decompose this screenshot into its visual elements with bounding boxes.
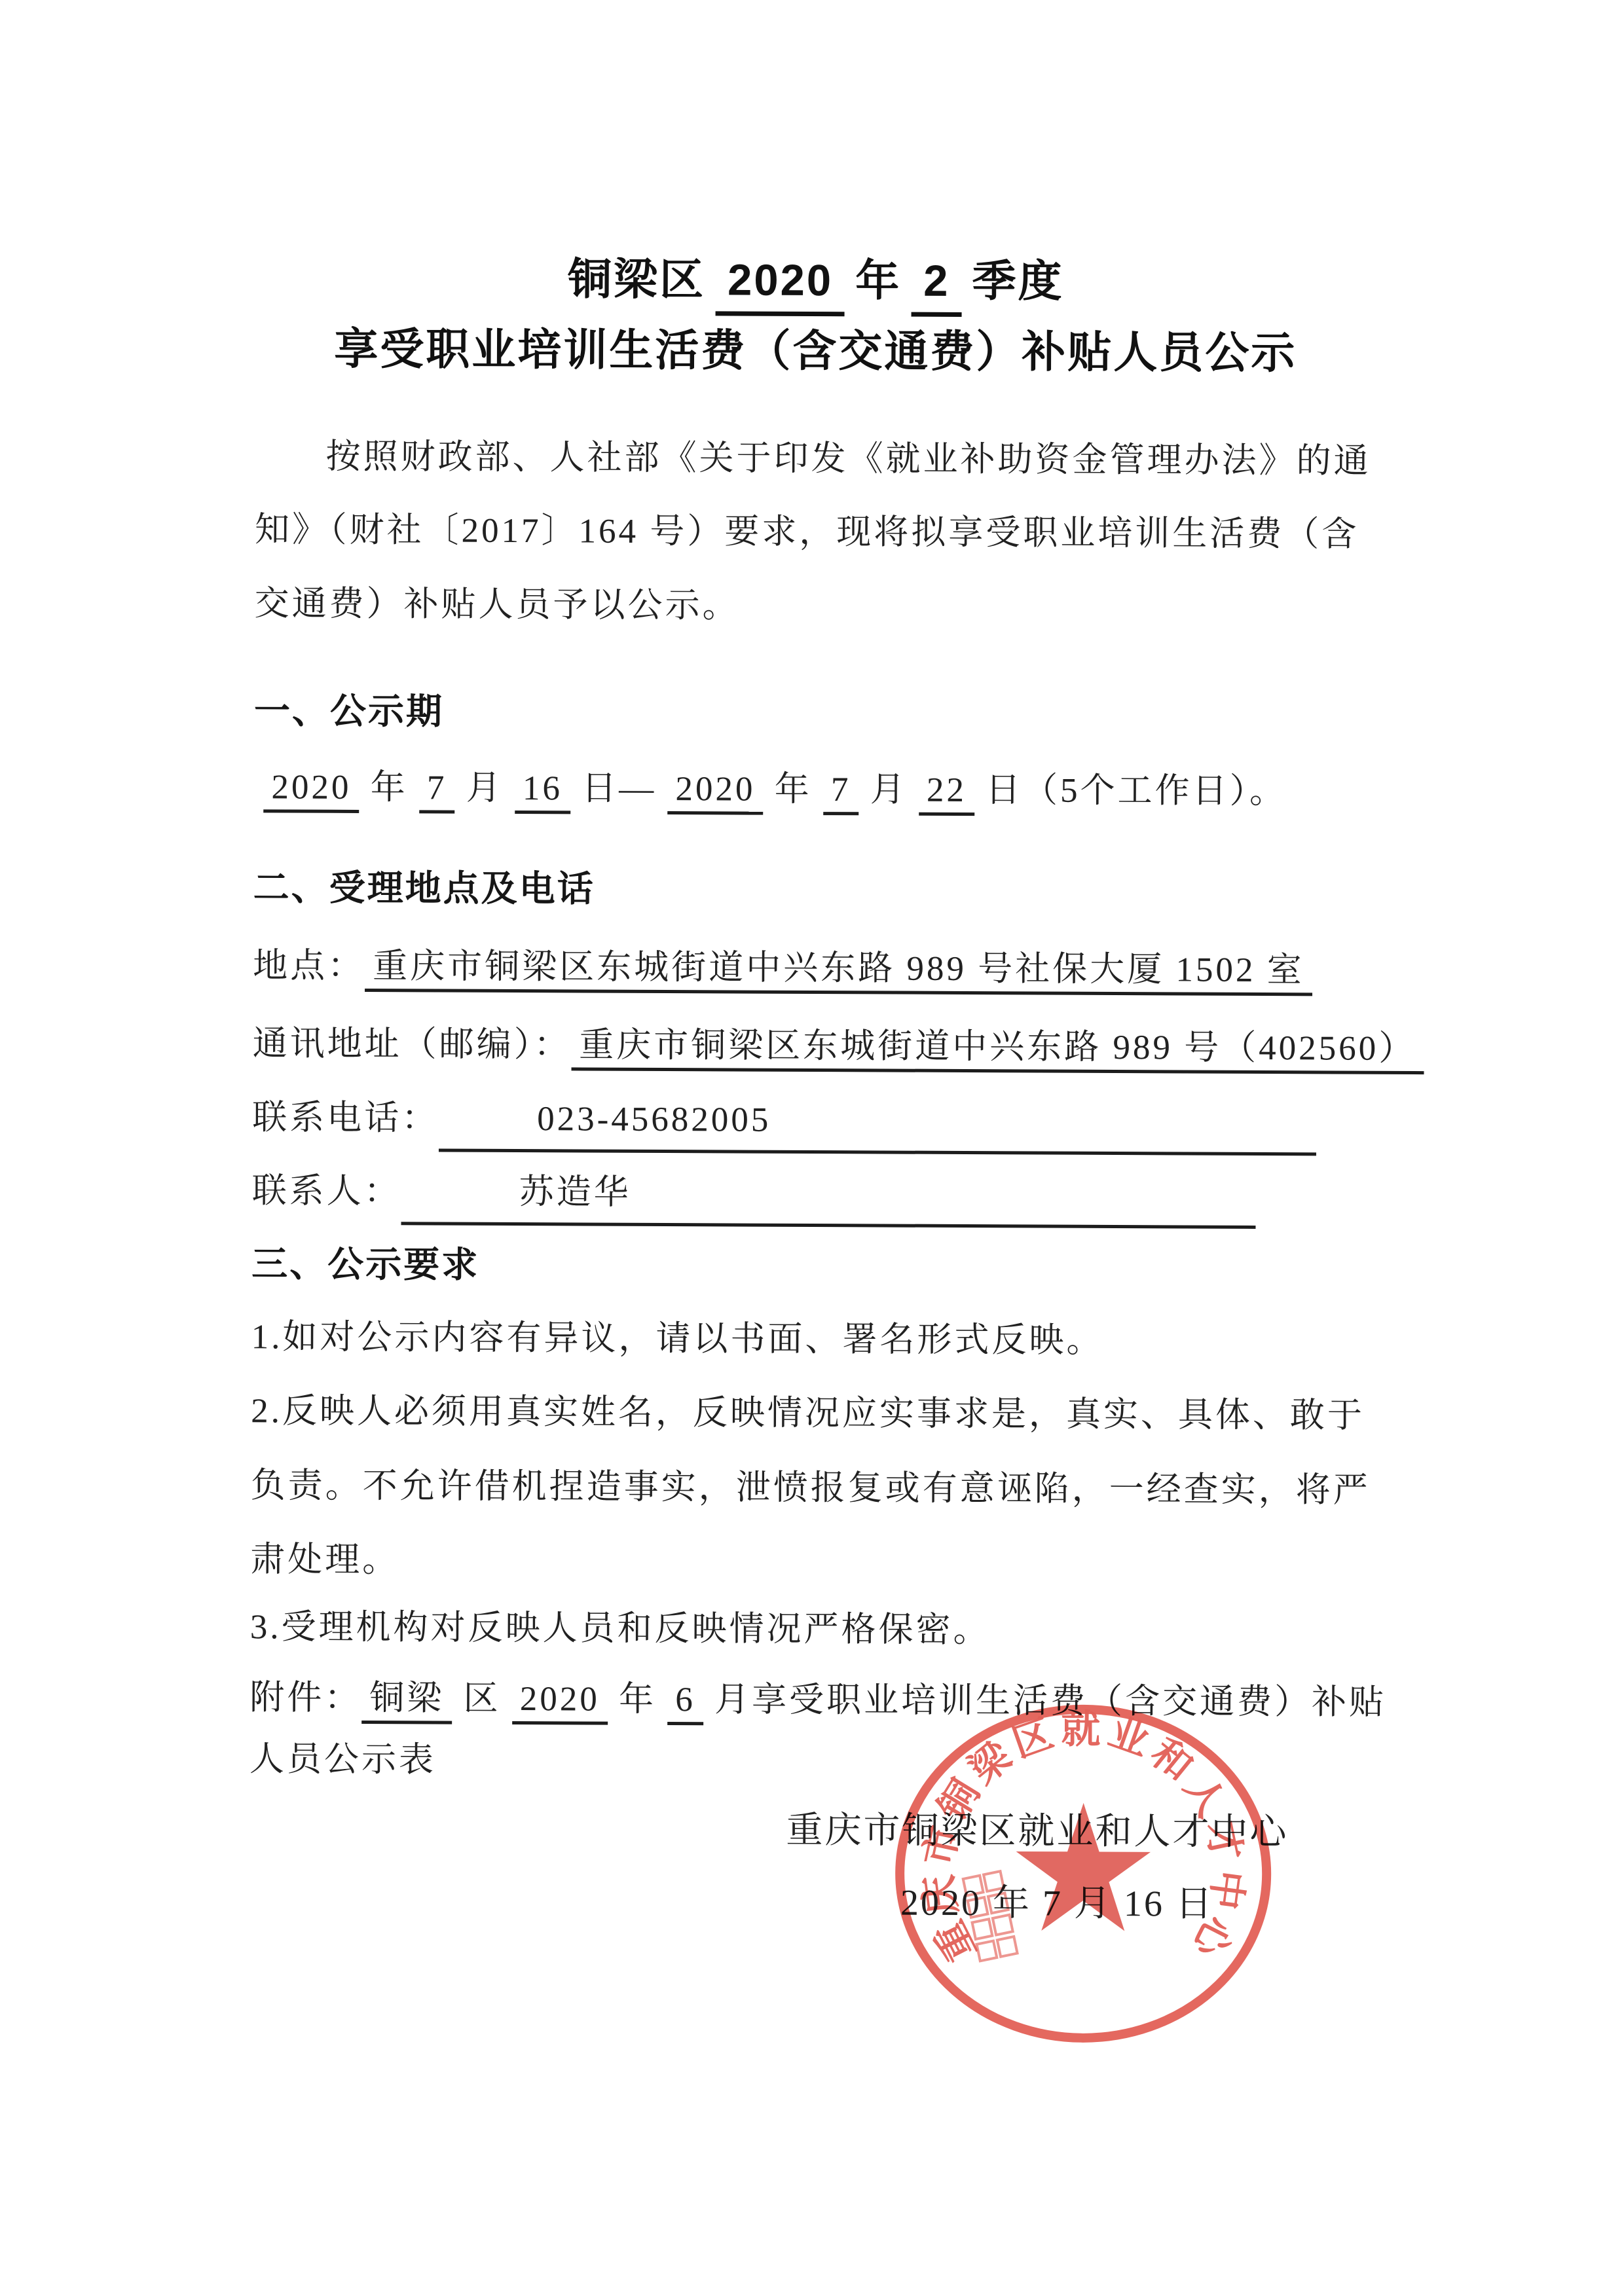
period-end-year: 2020 bbox=[667, 770, 763, 815]
body-text: 按照财政部、人社部《关于印发《就业补助资金管理办法》的通 bbox=[325, 438, 1371, 481]
requirement-2-line3: 肃处理。 bbox=[250, 1533, 399, 1587]
period-start-day: 16 bbox=[515, 769, 570, 814]
body-text: 1.如对公示内容有异议，请以书面、署名形式反映。 bbox=[251, 1318, 1104, 1360]
requirement-3: 3.受理机构对反映人员和反映情况严格保密。 bbox=[250, 1600, 991, 1657]
text-segment: 年 bbox=[763, 771, 823, 809]
phone-value: 023-45682005 bbox=[439, 1092, 1316, 1156]
mail-address-label: 通讯地址（邮编）： bbox=[253, 1025, 572, 1064]
signature-org: 重庆市铜梁区就业和人才中心 bbox=[786, 1804, 1288, 1859]
period-end-month: 7 bbox=[823, 771, 859, 815]
requirement-1: 1.如对公示内容有异议，请以书面、署名形式反映。 bbox=[251, 1310, 1104, 1368]
signature-date-text: 2020 年 7 月 16 日 bbox=[900, 1883, 1214, 1925]
attachment-district: 铜梁 bbox=[361, 1679, 452, 1724]
seal-ring bbox=[899, 1709, 1267, 2039]
heading-text: 一、公示期 bbox=[254, 690, 444, 731]
signature-date: 2020 年 7 月 16 日 bbox=[900, 1876, 1214, 1931]
body-text: 2.反映人必须用真实姓名，反映情况应实事求是，真实、具体、敢于 bbox=[251, 1392, 1365, 1434]
mail-address-value: 重庆市铜梁区东城街道中兴东路 989 号（402560） bbox=[571, 1026, 1424, 1074]
body-text: 肃处理。 bbox=[250, 1540, 399, 1579]
heading-text: 三、公示要求 bbox=[251, 1243, 479, 1285]
body-text: 负责。不允许借机捏造事实，泄愤报复或有意诬陷，一经查实，将严 bbox=[251, 1467, 1371, 1509]
intro-paragraph-line2: 知》（财社〔2017〕164 号）要求，现将拟享受职业培训生活费（含 bbox=[255, 503, 1359, 561]
document-title-line2: 享受职业培训生活费（含交通费）补贴人员公示 bbox=[3, 321, 1624, 382]
heading-text: 二、受理地点及电话 bbox=[253, 867, 595, 909]
section3-heading: 三、公示要求 bbox=[251, 1237, 479, 1292]
section2-heading: 二、受理地点及电话 bbox=[253, 860, 595, 915]
attachment-year: 2020 bbox=[512, 1680, 608, 1725]
text-segment: 年 bbox=[359, 769, 419, 807]
text-segment: 年 bbox=[608, 1681, 668, 1719]
text-segment: 日— bbox=[570, 769, 668, 808]
body-text: 3.受理机构对反映人员和反映情况严格保密。 bbox=[250, 1608, 991, 1649]
location-label: 地点： bbox=[253, 947, 365, 985]
body-text: 交通费）补贴人员予以公示。 bbox=[254, 585, 739, 625]
period-end-day: 22 bbox=[919, 771, 974, 816]
location-value: 重庆市铜梁区东城街道中兴东路 989 号社保大厦 1502 室 bbox=[365, 947, 1312, 996]
attachment-label: 附件： bbox=[249, 1679, 361, 1717]
text-segment: 日（5个工作日）。 bbox=[974, 771, 1287, 811]
mail-address-line: 通讯地址（邮编）：重庆市铜梁区东城街道中兴东路 989 号（402560） bbox=[253, 1017, 1424, 1076]
attachment-month: 6 bbox=[667, 1681, 703, 1725]
document-page: 铜梁区2020年2季度 享受职业培训生活费（含交通费）补贴人员公示 按照财政部、… bbox=[0, 0, 1624, 2296]
location-line: 地点：重庆市铜梁区东城街道中兴东路 989 号社保大厦 1502 室 bbox=[253, 939, 1312, 997]
contact-person-value: 苏造华 bbox=[401, 1165, 1255, 1229]
text-segment: 月 bbox=[454, 769, 515, 807]
requirement-2-line2: 负责。不允许借机捏造事实，泄愤报复或有意诬陷，一经查实，将严 bbox=[251, 1459, 1371, 1517]
section1-heading: 一、公示期 bbox=[254, 683, 444, 738]
requirement-2-line1: 2.反映人必须用真实姓名，反映情况应实事求是，真实、具体、敢于 bbox=[251, 1384, 1365, 1442]
intro-paragraph-line1: 按照财政部、人社部《关于印发《就业补助资金管理办法》的通 bbox=[255, 429, 1371, 488]
text-segment: 区 bbox=[452, 1680, 512, 1718]
body-text: 知》（财社〔2017〕164 号）要求，现将拟享受职业培训生活费（含 bbox=[255, 511, 1359, 553]
period-start-year: 2020 bbox=[263, 768, 359, 813]
title-quarter-underlined: 2 bbox=[912, 257, 962, 317]
period-start-month: 7 bbox=[419, 769, 455, 813]
contact-person-line: 联系人：苏造华 bbox=[251, 1164, 1255, 1229]
title-year-underlined: 2020 bbox=[716, 255, 845, 316]
phone-label: 联系电话： bbox=[252, 1099, 439, 1137]
signature-org-text: 重庆市铜梁区就业和人才中心 bbox=[786, 1810, 1288, 1853]
document-title-line1: 铜梁区2020年2季度 bbox=[4, 251, 1624, 312]
title-text: 铜梁区 bbox=[568, 255, 705, 304]
title-text: 年 bbox=[855, 256, 901, 305]
attachment-line2: 人员公示表 bbox=[249, 1732, 436, 1787]
scanned-content: 铜梁区2020年2季度 享受职业培训生活费（含交通费）补贴人员公示 按照财政部、… bbox=[0, 0, 1624, 2296]
phone-line: 联系电话：023-45682005 bbox=[252, 1091, 1316, 1156]
text-segment: 月 bbox=[858, 771, 919, 809]
publicity-period-line: 2020 年 7 月 16 日— 2020 年 7 月 22 日（5个工作日）。 bbox=[263, 760, 1287, 818]
body-text: 人员公示表 bbox=[249, 1740, 436, 1779]
text-segment: 月享受职业培训生活费（含交通费）补贴 bbox=[703, 1681, 1386, 1722]
title-text: 享受职业培训生活费（含交通费）补贴人员公示 bbox=[334, 325, 1297, 378]
intro-paragraph-line3: 交通费）补贴人员予以公示。 bbox=[254, 577, 739, 632]
title-text: 季度 bbox=[972, 257, 1063, 306]
attachment-line1: 附件：铜梁 区 2020 年 6 月享受职业培训生活费（含交通费）补贴 bbox=[249, 1671, 1386, 1730]
contact-person-label: 联系人： bbox=[252, 1172, 401, 1211]
